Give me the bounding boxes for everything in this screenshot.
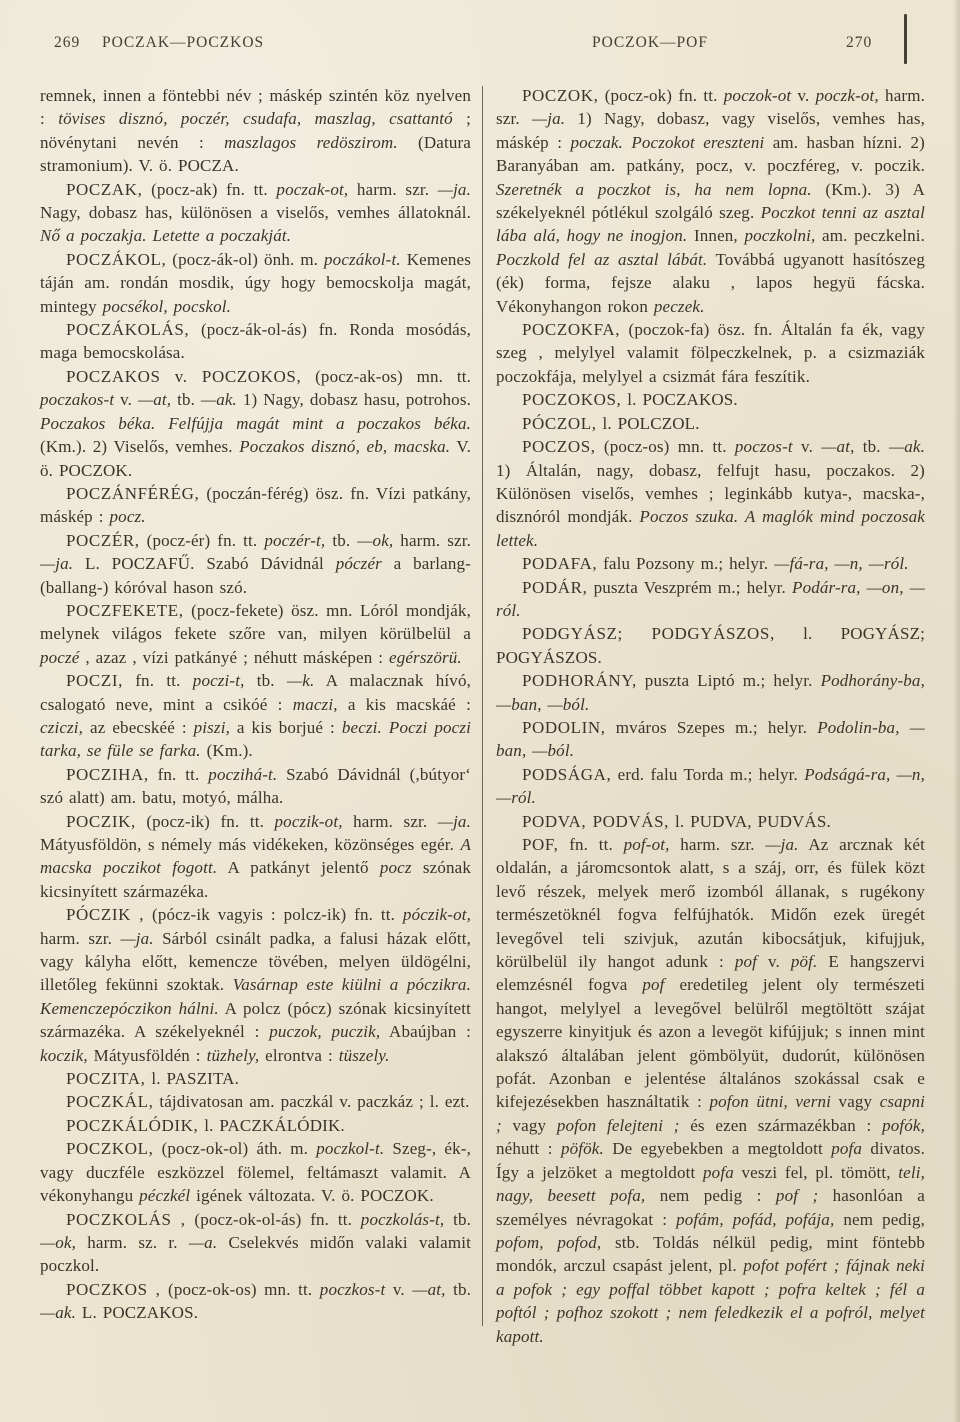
entry-paragraph: POCZITA, l. PASZITA.: [40, 1067, 471, 1090]
entry-paragraph: PODAFA, falu Pozsony m.; helyr. —fá-ra, …: [496, 552, 925, 575]
entry-paragraph: POCZÉR, (pocz-ér) fn. tt. poczér-t, tb. …: [40, 529, 471, 599]
entry-paragraph: POCZKOLÁS , (pocz-ok-ol-ás) fn. tt. pocz…: [40, 1208, 471, 1278]
entry-paragraph: POCZAKOS v. POCZOKOS, (pocz-ak-os) mn. t…: [40, 365, 471, 482]
entry-paragraph: remnek, innen a föntebbi név ; máskép sz…: [40, 84, 471, 178]
entry-paragraph: POCZKOL, (pocz-ok-ol) áth. m. poczkol-t.…: [40, 1137, 471, 1207]
running-title-left: POCZAK—POCZKOS: [102, 34, 264, 52]
entry-paragraph: PODSÁGA, erd. falu Torda m.; helyr. Pods…: [496, 763, 925, 810]
entry-paragraph: PODÁR, puszta Veszprém m.; helyr. Podár-…: [496, 576, 925, 623]
entry-paragraph: POCZÁKOL, (pocz-ák-ol) önh. m. poczákol-…: [40, 248, 471, 318]
column-left: remnek, innen a föntebbi név ; máskép sz…: [40, 84, 471, 1326]
entry-paragraph: POCZIHA, fn. tt. poczihá-t. Szabó Dávidn…: [40, 763, 471, 810]
entry-paragraph: PÓCZIK , (pócz-ik vagyis : polcz-ik) fn.…: [40, 903, 471, 1067]
entry-paragraph: POCZOKFA, (poczok-fa) ösz. fn. Általán f…: [496, 318, 925, 388]
entry-paragraph: POCZÁNFÉRÉG, (poczán-férég) ösz. fn. Víz…: [40, 482, 471, 529]
entry-paragraph: PÓCZOL, l. POLCZOL.: [496, 412, 925, 435]
page-number-right: 270: [846, 34, 872, 52]
entry-paragraph: PODGYÁSZ; PODGYÁSZOS, l. POGYÁSZ; POGYÁS…: [496, 622, 925, 669]
page-number-left: 269: [54, 34, 80, 52]
entry-paragraph: POCZOK, (pocz-ok) fn. tt. poczok-ot v. p…: [496, 84, 925, 318]
entry-paragraph: POCZKÁL, tájdivatosan am. paczkál v. pac…: [40, 1090, 471, 1113]
entry-paragraph: PODOLIN, mváros Szepes m.; helyr. Podoli…: [496, 716, 925, 763]
running-title-right: POCZOK—POF: [592, 34, 708, 52]
running-header: 269 POCZAK—POCZKOS POCZOK—POF 270: [0, 34, 960, 56]
entry-paragraph: PODVA, PODVÁS, l. PUDVA, PUDVÁS.: [496, 810, 925, 833]
entry-paragraph: POCZI, fn. tt. poczi-t, tb. —k. A malacz…: [40, 669, 471, 763]
entry-paragraph: POCZKOS , (pocz-ok-os) mn. tt. poczkos-t…: [40, 1278, 471, 1325]
entry-paragraph: POCZFEKETE, (pocz-fekete) ösz. mn. Lóról…: [40, 599, 471, 669]
dictionary-scan-page: 269 POCZAK—POCZKOS POCZOK—POF 270 remnek…: [0, 0, 960, 1422]
entry-paragraph: POCZKÁLÓDIK, l. PACZKÁLÓDIK.: [40, 1114, 471, 1137]
entry-paragraph: POCZIK, (pocz-ik) fn. tt. poczik-ot, har…: [40, 810, 471, 904]
entry-paragraph: POCZÁKOLÁS, (pocz-ák-ol-ás) fn. Ronda mo…: [40, 318, 471, 365]
column-right: POCZOK, (pocz-ok) fn. tt. poczok-ot v. p…: [496, 84, 925, 1326]
entry-paragraph: POCZOKOS, l. POCZAKOS.: [496, 388, 925, 411]
text-block: remnek, innen a föntebbi név ; máskép sz…: [40, 84, 925, 1326]
page-edge-mark: [904, 14, 907, 64]
entry-paragraph: POF, fn. tt. pof-ot, harm. szr. —ja. Az …: [496, 833, 925, 1348]
entry-paragraph: POCZAK, (pocz-ak) fn. tt. poczak-ot, har…: [40, 178, 471, 248]
entry-paragraph: PODHORÁNY, puszta Liptó m.; helyr. Podho…: [496, 669, 925, 716]
column-divider: [482, 86, 483, 1326]
entry-paragraph: POCZOS, (pocz-os) mn. tt. poczos-t v. —a…: [496, 435, 925, 552]
